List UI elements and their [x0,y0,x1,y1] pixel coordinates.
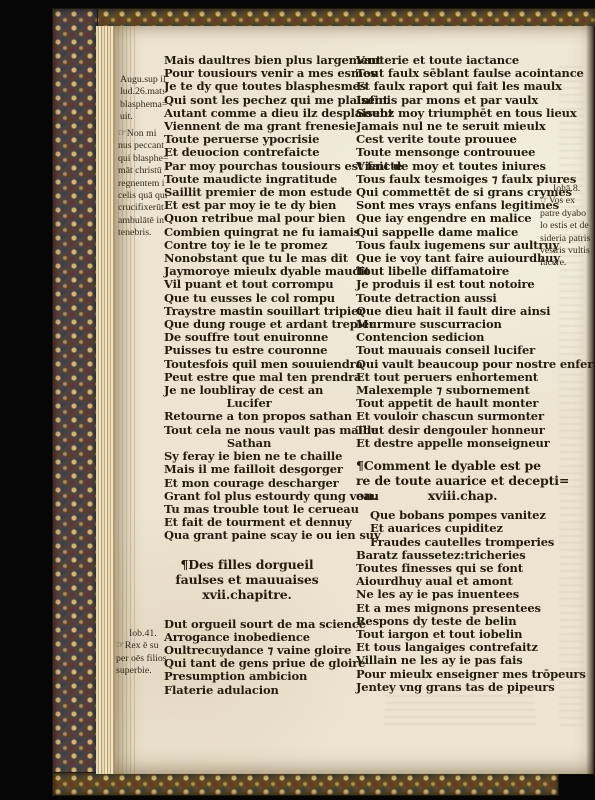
verse-line: Pour mieulx enseigner mes trōpeurs [356,668,570,681]
verse-line: Flaterie adulacion [164,684,364,697]
verse-line: Tout cela ne nous vault pas maille [164,424,364,437]
verse-line: re de toute auarice et decepti= [356,473,570,488]
verse-line: Toute detraction aussi [356,292,570,305]
verse-line: Infinis par mons et par vaulx [356,94,570,107]
verse-line: Par moy pourchas tousiours est faicte [164,160,364,173]
gilt-border-bottom [52,772,559,796]
verse-line: Toutesfois quil men souuiendra [164,358,364,371]
verse-line: Tout mauuais conseil lucifer [356,344,570,357]
verse-line: Et faulx raport qui fait les maulx [356,80,570,93]
verse-line: Fraudes cautelles tromperies [356,536,570,549]
verse-line: Qui sont les pechez qui me plaisent [164,94,364,107]
verse-line: Que iay engendre en malice [356,212,570,225]
verse-line: Grant fol plus estourdy qung veau [164,490,364,503]
verse-line: Mais il me failloit desgorger [164,463,364,476]
verse-line: Retourne a ton propos sathan [164,410,364,423]
verse-line: Baratz faussetez:tricheries [356,549,570,562]
verse-line: ¶Comment le dyable est pe [356,458,570,473]
verse-line: Et a mes mignons presentees [356,602,570,615]
verse-line: Vil puant et tout corrompu [164,278,364,291]
gilt-marbled-border-left [52,8,98,792]
verso-bleed-through-right [559,66,583,726]
verse-line: Et mon courage descharger [164,477,364,490]
verse-line: Toute mensonge controuuee [356,146,570,159]
verse-line [356,450,570,458]
verse-line: Dut orgueil sourt de ma science [164,618,364,631]
left-text-column: Mais daultres bien plus largementPour to… [164,54,364,697]
verse-line: Respons dy teste de belin [356,615,570,628]
verse-line: Qua grant paine scay ie ou ien suy [164,529,364,542]
right-text-column: Vanterie et toute iactanceTout faulx sēb… [356,54,570,694]
verse-line: Puisses tu estre couronne [164,344,364,357]
page-right-edge-shadow [586,26,595,776]
verse-line: Quon retribue mal pour bien [164,212,364,225]
verse-line: Villain ne les ay ie pas fais [356,654,570,667]
verse-line: ¶Des filles dorgueil [164,557,364,572]
verse-line: Et auarices cupiditez [356,522,570,535]
book-photograph: Augu.sup illud.26.mat:blasphema=uit. ☞No… [0,0,595,800]
verse-line: Je te dy que toutes blasphesmes [164,80,364,93]
verse-line: Et vouloir chascun surmonter [356,410,570,423]
verse-line: Qui sappelle dame malice [356,226,570,239]
verse-line: Tout desir dengouler honneur [356,424,570,437]
verse-line: Et destre appelle monseigneur [356,437,570,450]
verse-line: Qui vault beaucoup pour nostre enfer [356,358,570,371]
verse-line: Combien quingrat ne fu iamais [164,226,364,239]
verso-bleed-through-bottom [385,688,535,728]
verse-line: on. xviii.chap. [356,488,570,503]
verse-line [164,602,364,618]
verse-line: Ne les ay ie pas inuentees [356,588,570,601]
verse-line: Presumption ambicion [164,670,364,683]
verse-line: xvii.chapitre. [164,587,364,602]
verse-line: Vient de moy et toutes iniures [356,160,570,173]
verse-line: faulses et mauuaises [164,572,364,587]
verse-line: Que tu eusses le col rompu [164,292,364,305]
verse-line: Et deuocion contrefaicte [164,146,364,159]
verse-line: Arrogance inobedience [164,631,364,644]
book-page: Augu.sup illud.26.mat:blasphema=uit. ☞No… [114,26,595,774]
verse-line [164,543,364,557]
verse-line: Je produis il est tout notoire [356,278,570,291]
